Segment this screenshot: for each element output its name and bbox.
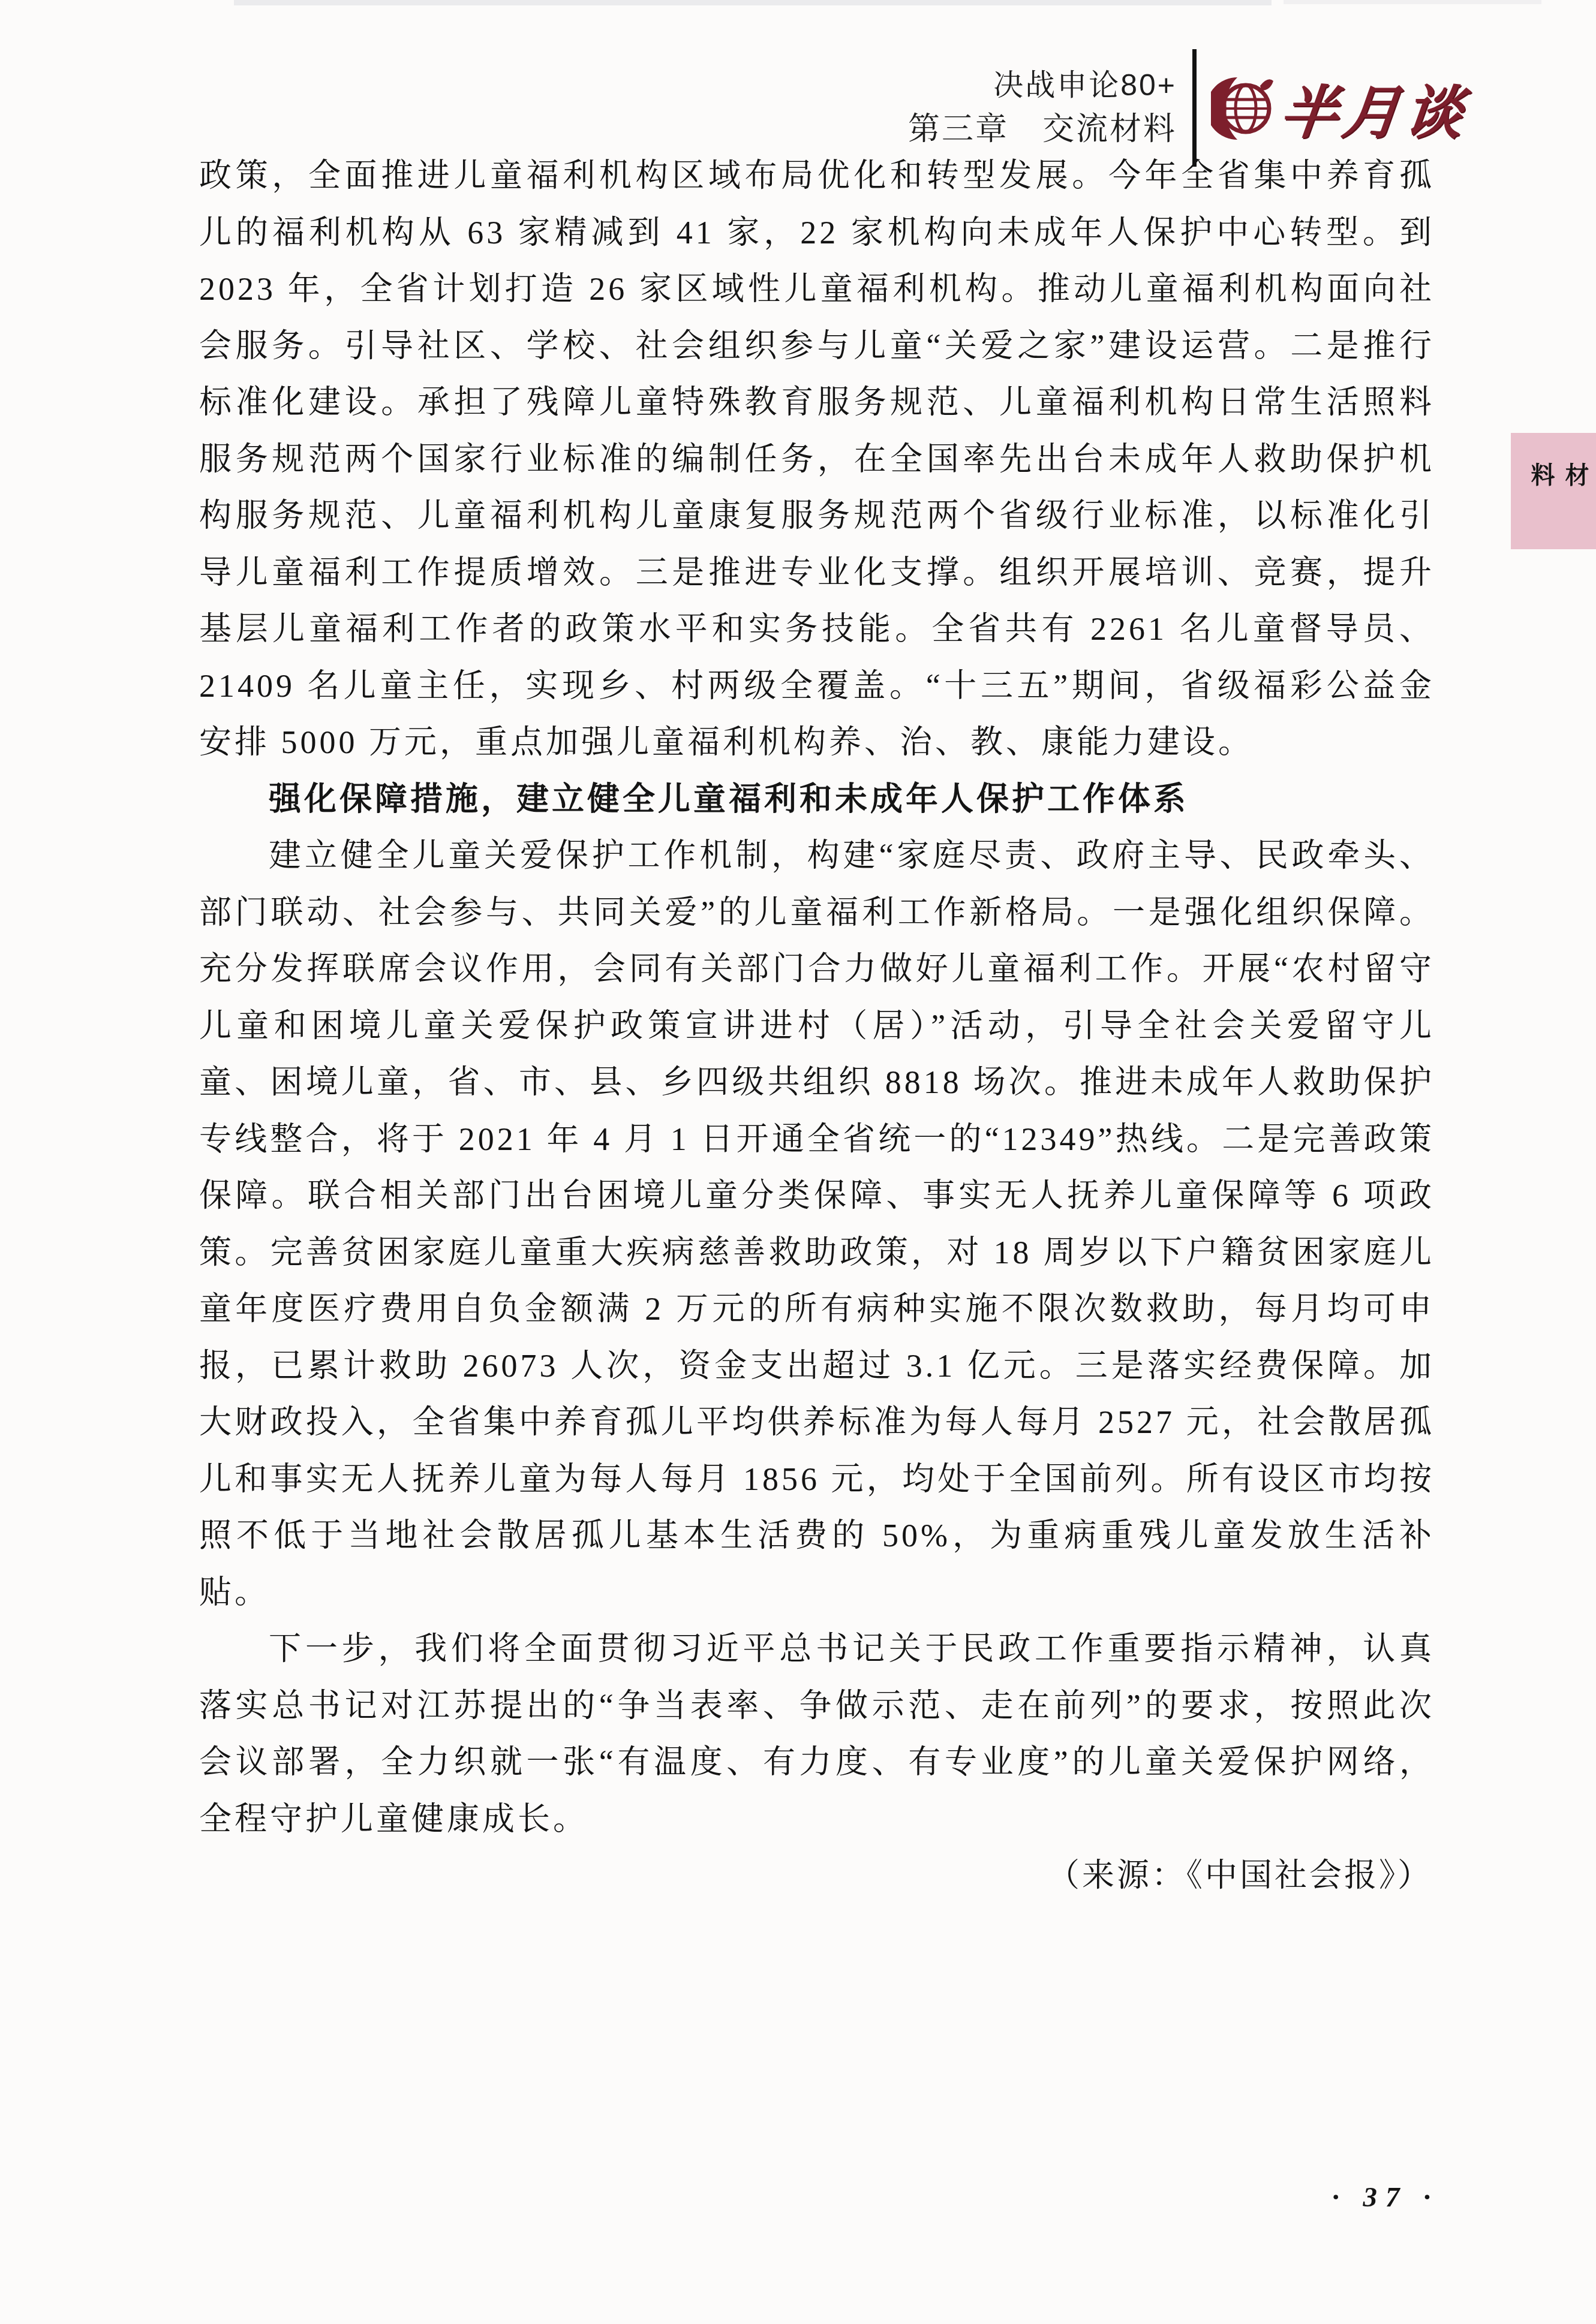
source-line: （来源：《中国社会报》） (199, 1847, 1435, 1904)
section-heading: 强化保障措施，建立健全儿童福利和未成年人保护工作体系 (199, 771, 1435, 828)
chapter-title: 第三章 交流材料 (908, 107, 1177, 152)
document-page: 决战申论80+ 第三章 交流材料 半月谈 交流材料 政策，全面推进儿童福 (0, 0, 1596, 2324)
body-text: 政策，全面推进儿童福利机构区域布局优化和转型发展。今年全省集中养育孤儿的福利机构… (199, 147, 1435, 1904)
side-tab-label: 交流材料 (1524, 462, 1596, 520)
book-title: 决战申论80+ (908, 64, 1177, 107)
header-chapter-block: 决战申论80+ 第三章 交流材料 (908, 64, 1177, 152)
scan-artifact (234, 0, 1272, 5)
paragraph: 下一步，我们将全面贯彻习近平总书记关于民政工作重要指示精神，认真落实总书记对江苏… (199, 1621, 1435, 1847)
brand-logo: 半月谈 (1211, 67, 1468, 149)
scan-artifact (1284, 0, 1541, 4)
paragraph-continuation: 政策，全面推进儿童福利机构区域布局优化和转型发展。今年全省集中养育孤儿的福利机构… (199, 147, 1435, 771)
page-number: · 37 · (1332, 2181, 1439, 2214)
brand-name: 半月谈 (1276, 67, 1472, 149)
side-tab-communication-materials: 交流材料 (1511, 433, 1596, 549)
globe-icon (1211, 73, 1273, 143)
paragraph: 建立健全儿童关爱保护工作机制，构建“家庭尽责、政府主导、民政牵头、部门联动、社会… (199, 827, 1435, 1621)
